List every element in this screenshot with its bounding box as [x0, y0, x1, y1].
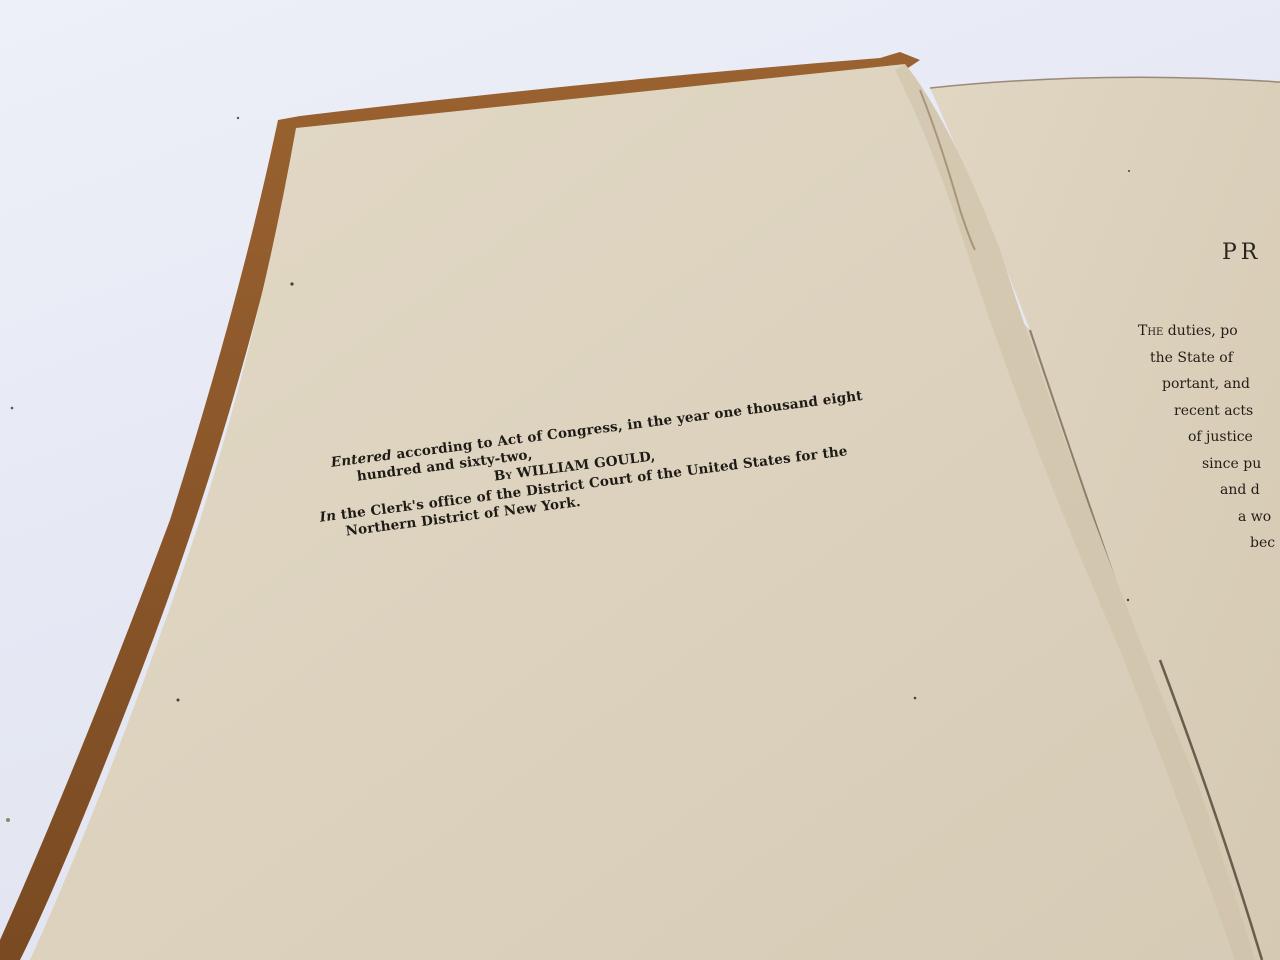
preface-line: recent acts [1174, 398, 1280, 425]
preface-text: The duties, pothe State ofportant, andre… [1138, 318, 1280, 568]
preface-line: The duties, po [1138, 318, 1280, 345]
preface-line: since pu [1202, 451, 1280, 478]
preface-heading: PR [1222, 240, 1280, 272]
preface-line: the State of [1150, 345, 1280, 372]
preface-line: and d [1220, 477, 1280, 504]
preface-lead-word: The [1138, 323, 1163, 339]
preface-line: portant, and [1162, 371, 1280, 398]
preface-line: bec [1250, 530, 1280, 557]
preface-line: a wo [1238, 504, 1280, 531]
book-photo: Entered according to Act of Congress, in… [0, 0, 1280, 960]
preface-line: of justice [1188, 424, 1280, 451]
